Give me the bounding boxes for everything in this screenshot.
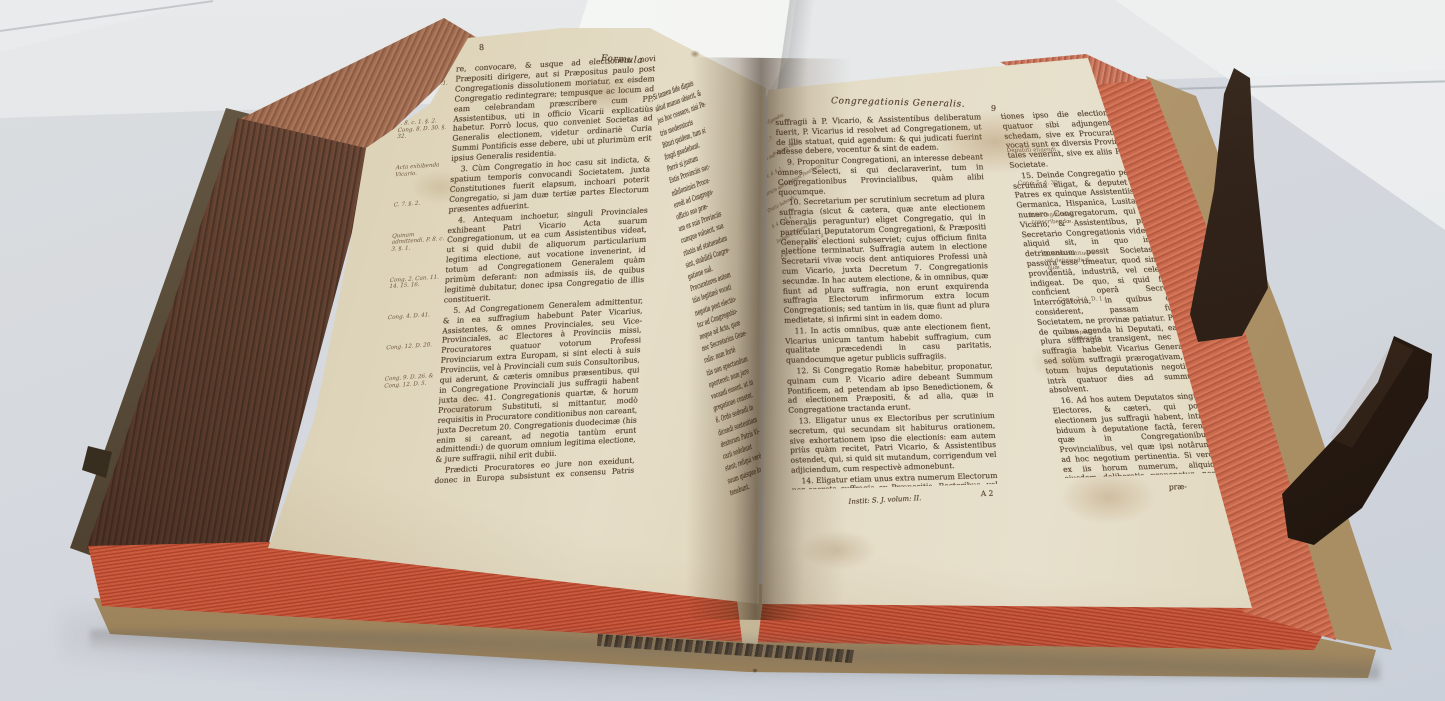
gutter-shadow <box>685 57 851 621</box>
margin-note: Cong. 9. D. 26. & Cong. 12. D. 5. <box>384 373 439 390</box>
margin-note: Cong. 2. dec. 21. §. 12. <box>399 80 454 97</box>
margin-note: Cong. 2. Can. 11. 14. 15. 16. <box>389 274 444 291</box>
paragraph: 16. Ad hos autem Deputatos singuli Elect… <box>1050 391 1216 478</box>
book-bottom-shadow <box>90 630 1380 680</box>
margin-note: P. 8. c. 1. §. 2. Cong. 8. D. 30. §. 32. <box>397 117 452 141</box>
margin-note: Interrogationes conscribendæ. <box>1028 212 1091 226</box>
paragraph: 15. Deinde Congregatio per secreta scrut… <box>1010 166 1201 395</box>
left-margin-notes: Cong. 2. dec. 21. §. 12.P. 8. c. 1. §. 2… <box>383 80 454 414</box>
margin-note: Proposita digerenda. <box>1069 329 1132 343</box>
catchword: præ- <box>1169 482 1187 492</box>
right-text-column-2: tiones ipso die electionis; & qui quatuo… <box>1000 107 1216 478</box>
margin-note: Acta exhibenda Vicario. <box>395 161 450 178</box>
signature-mark: A 2 <box>981 489 994 498</box>
left-running-title: Formula <box>601 54 644 66</box>
paragraph: 3. Cùm Congregatio in hoc casu sit indic… <box>448 154 650 214</box>
margin-note: Cong. 5. d. 30. <box>1017 179 1077 187</box>
left-text-column: re, convocare, & usque ad electionem nov… <box>434 54 656 486</box>
right-page-number: 9 <box>991 104 996 113</box>
paragraph: 4. Antequam inchoetur, singuli Provincia… <box>444 205 648 305</box>
margin-note: Cong. 12. D. 20. <box>386 342 440 352</box>
margin-note: Deputati eligendi. <box>1006 147 1066 155</box>
margin-note: Cong. 2. A. D. 1. <box>1057 296 1117 304</box>
right-outer-margin-notes: Deputati eligendi.Cong. 5. d. 30.Interro… <box>1006 147 1140 369</box>
margin-note: Quinam restituere vel dejiciendi, & quæ. <box>1042 251 1107 272</box>
margin-note: Cong. 4. D. 41. <box>388 311 442 321</box>
right-running-title: Congregationis Generalis. <box>831 96 965 110</box>
book-photograph: 8 Formula re, convocare, & usque ad elec… <box>0 0 1445 701</box>
backdrop-corner-edge <box>0 0 213 32</box>
paragraph: tiones ipso die electionis; & qui quatuo… <box>1000 107 1162 171</box>
paragraph: Prædicti Procuratores eo jure non exeidu… <box>434 456 635 486</box>
backdrop-crease-line <box>1040 80 1445 93</box>
margin-note: C. 7. §. 2. <box>394 199 448 209</box>
left-page-number: 8 <box>479 43 485 52</box>
paragraph: re, convocare, & usque ad electionem nov… <box>451 54 656 164</box>
paragraph: 5. Ad Congregationem Generalem admittent… <box>435 296 643 466</box>
margin-note: Quinam admittendi. P. 8. c. 3. §. 1. <box>391 230 446 254</box>
